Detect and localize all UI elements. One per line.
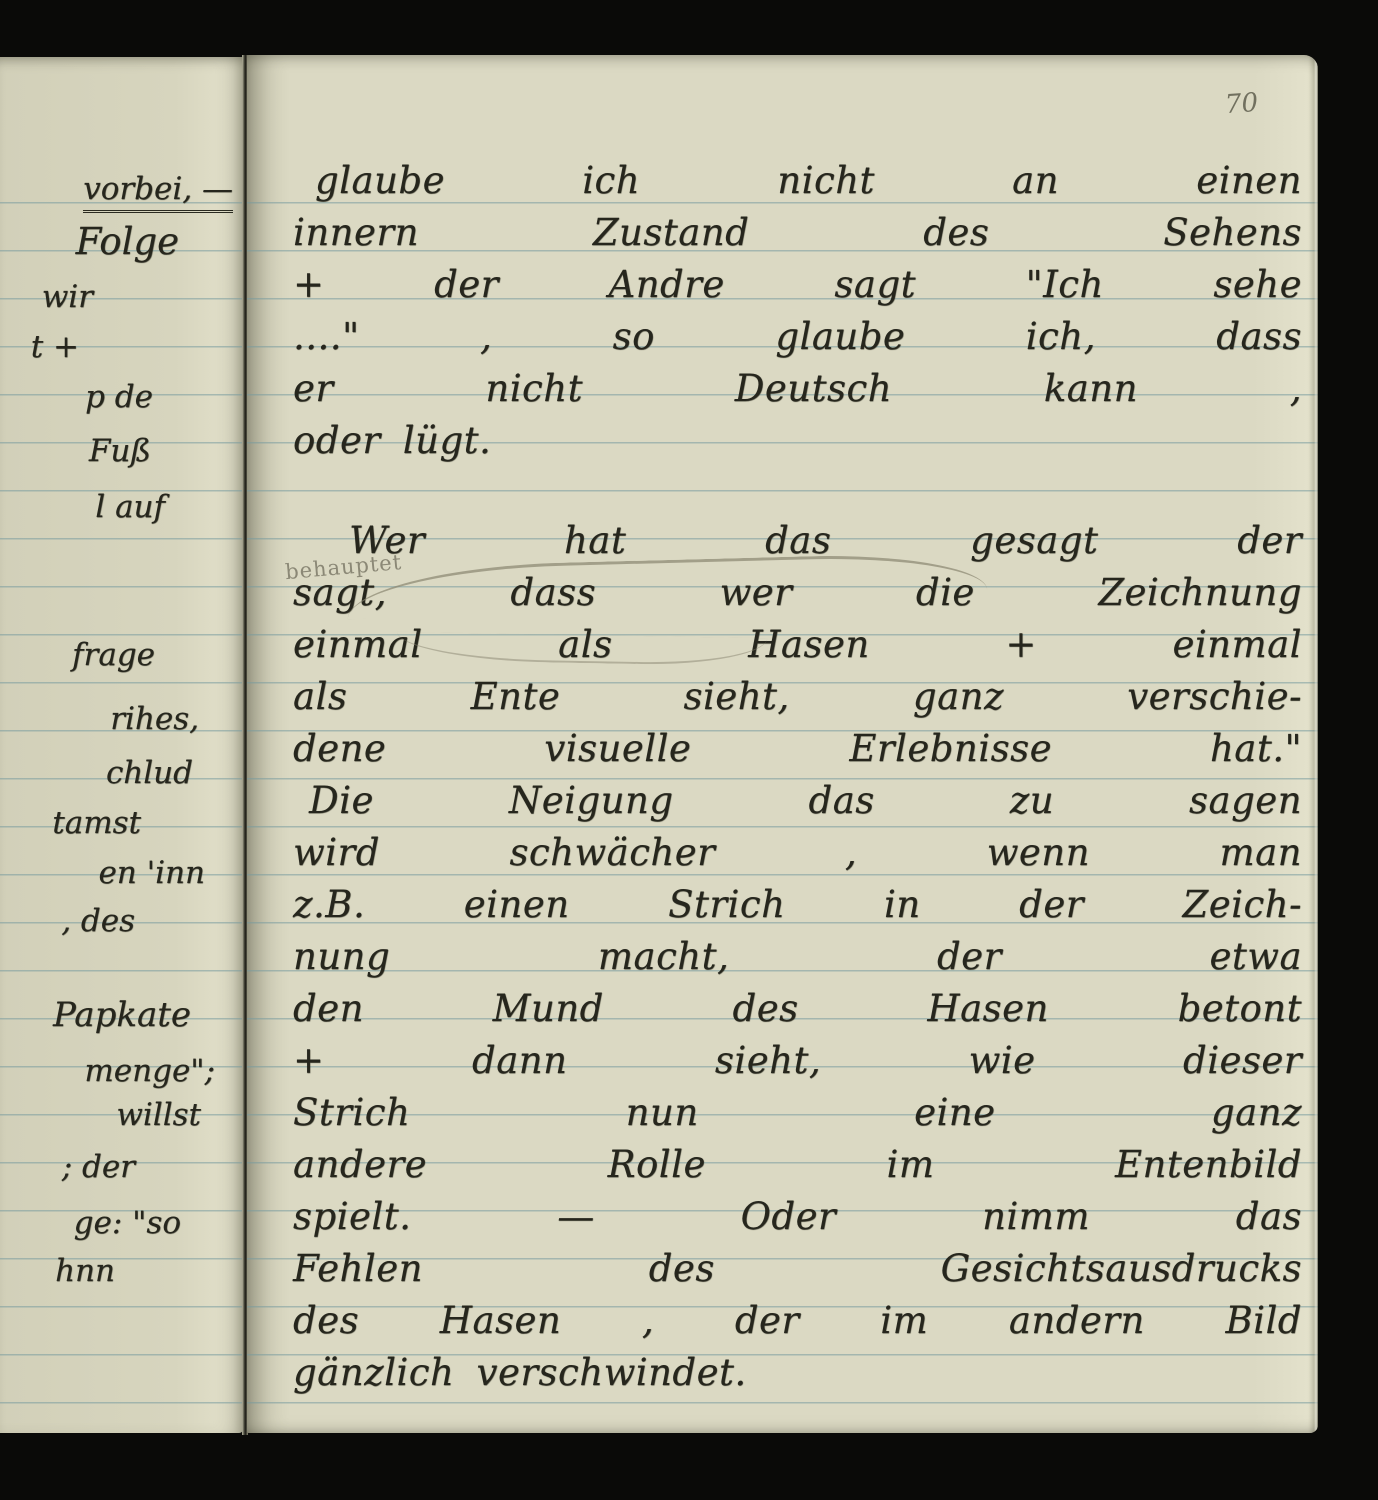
handwriting-fragment: chlud: [106, 753, 193, 793]
handwriting-fragment: , des: [61, 901, 135, 941]
handwriting-line: innern Zustand des Sehens: [293, 207, 1302, 259]
handwriting-fragment: tamst: [52, 803, 141, 843]
handwriting-fragment: menge";: [84, 1051, 215, 1091]
handwriting-fragment: ; der: [62, 1147, 135, 1187]
handwriting-fragment: willst: [116, 1095, 201, 1135]
handwriting-line: dene visuelle Erlebnisse hat.": [293, 723, 1302, 775]
handwriting-fragment: hnn: [55, 1251, 115, 1291]
handwriting-line: er nicht Deutsch kann ,: [293, 363, 1302, 415]
handwriting-line: des Hasen , der im andern Bild: [293, 1295, 1302, 1347]
handwriting-line: spielt. — Oder nimm das: [293, 1191, 1302, 1243]
notebook-left-page: vorbei, — Folge wir t + p de Fuß l auf f…: [0, 57, 243, 1433]
handwriting-fragment: p de: [85, 377, 153, 417]
handwriting-line: + dann sieht, wie dieser: [293, 1035, 1302, 1087]
handwriting-line: ...." , so glaube ich, dass: [293, 311, 1302, 363]
handwriting-fragment: rihes,: [110, 699, 199, 739]
handwriting-line: Die Neigung das zu sagen: [293, 775, 1302, 827]
handwriting-fragment: Papkate: [53, 995, 191, 1035]
handwriting-line: als Ente sieht, ganz verschie-: [293, 671, 1302, 723]
handwriting-fragment: en 'inn: [98, 853, 205, 893]
handwriting-line: Fehlen des Gesichtsausdrucks: [293, 1243, 1302, 1295]
photo-backdrop: vorbei, — Folge wir t + p de Fuß l auf f…: [0, 0, 1378, 1500]
handwriting-line: gänzlich verschwindet.: [293, 1347, 1302, 1399]
handwriting-line: sagt, dass wer die Zeichnung: [293, 567, 1302, 619]
handwriting-fragment: Folge: [76, 222, 179, 262]
handwriting-line: z.B. einen Strich in der Zeich-: [293, 879, 1302, 931]
handwriting-fragment: Fuß: [89, 431, 151, 471]
handwriting-fragment: frage: [72, 635, 155, 675]
handwriting-line: einmal als Hasen + einmal: [293, 619, 1302, 671]
handwriting-fragment: ge: "so: [74, 1203, 181, 1243]
handwriting-line: Wer hat das gesagt der: [293, 515, 1302, 567]
handwriting-line: + der Andre sagt "Ich sehe: [293, 259, 1302, 311]
handwriting-line: andere Rolle im Entenbild: [293, 1139, 1302, 1191]
handwriting-line: oder lügt.: [293, 415, 1302, 467]
handwriting-line: wird schwächer , wenn man: [293, 827, 1302, 879]
notebook-right-page: 70 glaube ich nicht an einen innern Zust…: [247, 55, 1318, 1433]
manuscript-paragraph-3: Die Neigung das zu sagen wird schwächer …: [293, 775, 1302, 1399]
handwriting-line: Strich nun eine ganz: [293, 1087, 1302, 1139]
page-number: 70: [1224, 88, 1259, 120]
handwriting-fragment: vorbei, —: [83, 169, 233, 213]
handwriting-fragment: wir: [42, 277, 93, 317]
handwriting-line: den Mund des Hasen betont: [293, 983, 1302, 1035]
manuscript-paragraph-2: Wer hat das gesagt der sagt, dass wer di…: [293, 515, 1302, 775]
handwriting-fragment: l auf: [95, 487, 165, 527]
handwriting-line: nung macht, der etwa: [293, 931, 1302, 983]
manuscript-paragraph-1: glaube ich nicht an einen innern Zustand…: [293, 155, 1302, 467]
handwriting-fragment: t +: [31, 327, 79, 367]
handwriting-line: glaube ich nicht an einen: [293, 155, 1302, 207]
